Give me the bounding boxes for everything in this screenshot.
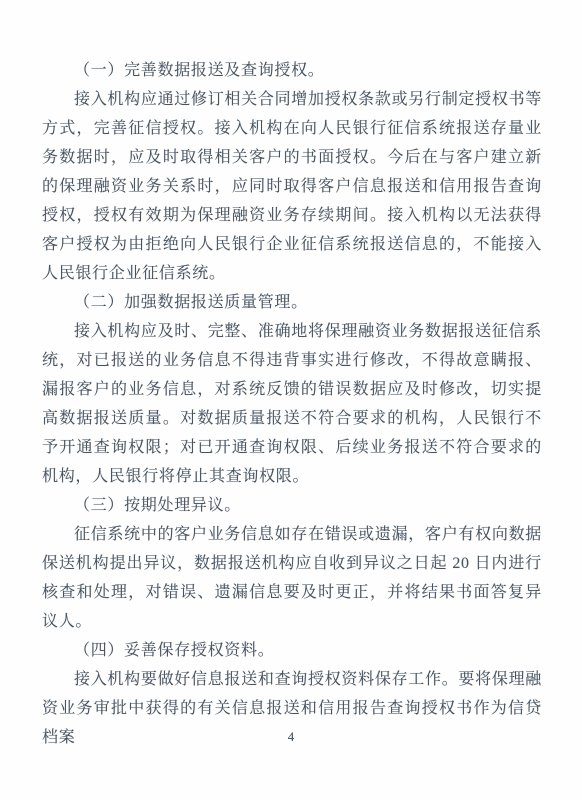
section-heading: （四）妥善保存授权资料。 [42, 636, 542, 665]
document-page: （一）完善数据报送及查询授权。接入机构应通过修订相关合同增加授权条款或另行制定授… [0, 0, 582, 800]
section-heading: （二）加强数据报送质量管理。 [42, 288, 542, 317]
section-heading: （一）完善数据报送及查询授权。 [42, 56, 542, 85]
paragraph: 接入机构应及时、完整、准确地将保理融资业务数据报送征信系统，对已报送的业务信息不… [42, 317, 542, 491]
page-number: 4 [0, 729, 582, 745]
section-heading: （三）按期处理异议。 [42, 491, 542, 520]
document-content: （一）完善数据报送及查询授权。接入机构应通过修订相关合同增加授权条款或另行制定授… [42, 56, 542, 752]
paragraph: 接入机构应通过修订相关合同增加授权条款或另行制定授权书等方式，完善征信授权。接入… [42, 85, 542, 288]
paragraph: 征信系统中的客户业务信息如存在错误或遗漏，客户有权向数据保送机构提出异议，数据报… [42, 520, 542, 636]
